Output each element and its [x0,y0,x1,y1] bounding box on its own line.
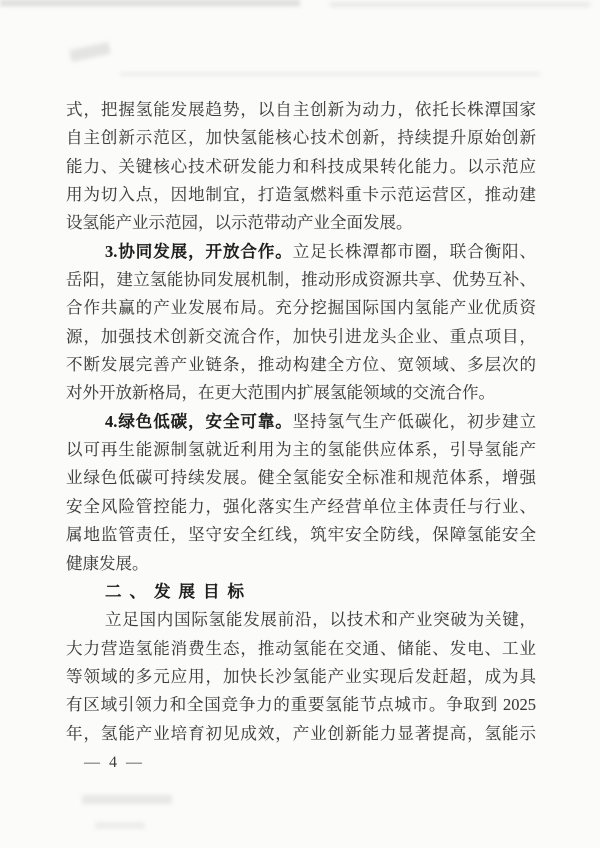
text-line: 安全风险管控能力，强化落实生产经营单位主体责任与行业、 [66,493,536,521]
text-run: 健康发展。 [66,554,149,573]
text-run: 立足长株潭都市圈，联合衡阳、 [293,242,536,261]
scan-artifact [69,42,111,62]
text-run: 岳阳，建立氢能协同发展机制，推动形成资源共享、优势互补、 [66,270,536,289]
text-line: 式，把握氢能发展趋势，以自主创新为动力，依托长株潭国家 [66,96,536,124]
text-run: 业绿色低碳可持续发展。健全氢能安全标准和规范体系，增强 [66,468,536,487]
text-run: 能力、关键核心技术研发能力和科技成果转化能力。以示范应 [66,157,536,176]
text-run: 坚持氢气生产低碳化，初步建立 [293,412,536,431]
text-run: 属地监管责任，坚守安全红线，筑牢安全防线，保障氢能安全 [66,525,536,544]
page-number: — 4 — [84,749,145,777]
text-line: 能力、关键核心技术研发能力和科技成果转化能力。以示范应 [66,153,536,181]
scan-artifact [330,2,590,7]
bold-text-run: 3.协同发展，开放合作。 [105,242,293,261]
text-line: 有区域引领力和全国竞争力的重要氢能节点城市。争取到 2025 [66,691,536,719]
scan-artifact [120,72,540,76]
text-line: 大力营造氢能消费生态，推动氢能在交通、储能、发电、工业 [66,635,536,663]
text-line: 业绿色低碳可持续发展。健全氢能安全标准和规范体系，增强 [66,464,536,492]
text-line: 属地监管责任，坚守安全红线，筑牢安全防线，保障氢能安全 [66,521,536,549]
text-line: 年，氢能产业培育初见成效，产业创新能力显著提高，氢能示 [66,720,536,748]
text-run: 用为切入点，因地制宜，打造氢燃料重卡示范运营区，推动建 [66,185,536,204]
text-run: 源，加强技术创新交流合作，加快引进龙头企业、重点项目， [66,327,536,346]
scan-artifact [95,822,145,829]
text-run: 等领域的多元应用，加快长沙氢能产业实现后发赶超，成为具 [66,667,536,686]
document-page: 式，把握氢能发展趋势，以自主创新为动力，依托长株潭国家自主创新示范区，加快氢能核… [0,0,600,848]
text-run: 以可再生能源制氢就近利用为主的氢能供应体系，引导氢能产 [66,440,536,459]
text-run: 自主创新示范区，加快氢能核心技术创新，持续提升原始创新 [66,128,536,147]
text-line: 不断发展完善产业链条，推动构建全方位、宽领域、多层次的 [66,351,536,379]
text-line: 立足国内国际氢能发展前沿，以技术和产业突破为关键， [66,606,536,634]
scan-artifact [0,0,300,6]
text-run: 不断发展完善产业链条，推动构建全方位、宽领域、多层次的 [66,355,536,374]
text-run: 大力营造氢能消费生态，推动氢能在交通、储能、发电、工业 [66,639,536,658]
text-run: 合作共赢的产业发展布局。充分挖掘国际国内氢能产业优质资 [66,298,536,317]
bold-text-run: 二、发展目标 [105,582,252,601]
text-line: 设氢能产业示范园，以示范带动产业全面发展。 [66,209,536,237]
text-run: 立足国内国际氢能发展前沿，以技术和产业突破为关键， [105,610,536,629]
text-run: 设氢能产业示范园，以示范带动产业全面发展。 [66,213,413,232]
text-line: 用为切入点，因地制宜，打造氢燃料重卡示范运营区，推动建 [66,181,536,209]
text-line: 健康发展。 [66,550,536,578]
text-line: 对外开放新格局，在更大范围内扩展氢能领域的交流合作。 [66,379,536,407]
text-line: 源，加强技术创新交流合作，加快引进龙头企业、重点项目， [66,323,536,351]
text-line: 以可再生能源制氢就近利用为主的氢能供应体系，引导氢能产 [66,436,536,464]
text-line: 自主创新示范区，加快氢能核心技术创新，持续提升原始创新 [66,124,536,152]
text-line: 等领域的多元应用，加快长沙氢能产业实现后发赶超，成为具 [66,663,536,691]
text-line: 3.协同发展，开放合作。立足长株潭都市圈，联合衡阳、 [66,238,536,266]
scan-artifact [82,795,172,804]
bold-text-run: 4.绿色低碳，安全可靠。 [105,412,293,431]
text-run: 有区域引领力和全国竞争力的重要氢能节点城市。争取到 2025 [66,695,536,714]
section-heading: 二、发展目标 [66,578,536,606]
text-line: 岳阳，建立氢能协同发展机制，推动形成资源共享、优势互补、 [66,266,536,294]
text-run: 对外开放新格局，在更大范围内扩展氢能领域的交流合作。 [66,383,495,402]
text-line: 4.绿色低碳，安全可靠。坚持氢气生产低碳化，初步建立 [66,408,536,436]
text-run: 式，把握氢能发展趋势，以自主创新为动力，依托长株潭国家 [66,100,536,119]
document-body: 式，把握氢能发展趋势，以自主创新为动力，依托长株潭国家自主创新示范区，加快氢能核… [66,96,536,748]
text-line: 合作共赢的产业发展布局。充分挖掘国际国内氢能产业优质资 [66,294,536,322]
text-run: 安全风险管控能力，强化落实生产经营单位主体责任与行业、 [66,497,536,516]
text-run: 年，氢能产业培育初见成效，产业创新能力显著提高，氢能示 [66,724,536,743]
